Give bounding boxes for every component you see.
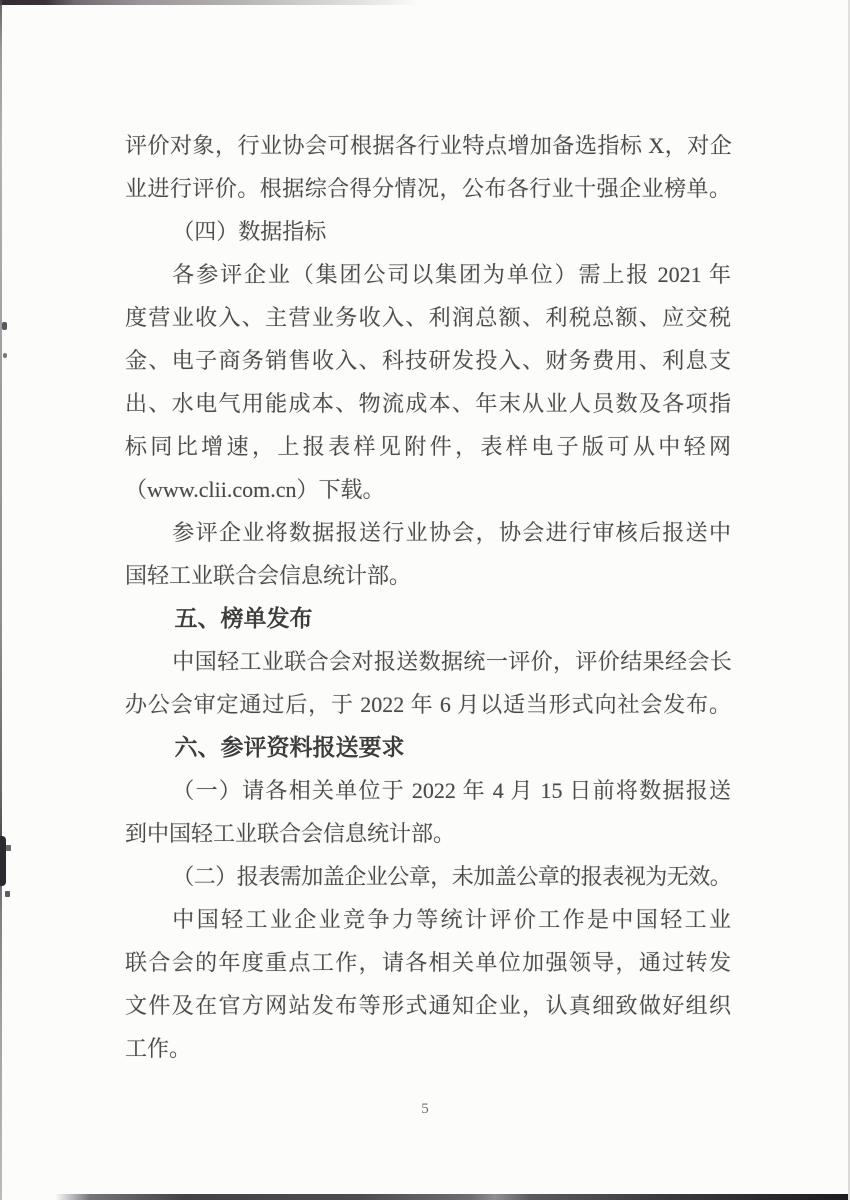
document-line: （二）报表需加盖企业公章，未加盖公章的报表视为无效。 — [125, 855, 731, 898]
scan-artifact-bottom-edge — [55, 1194, 850, 1200]
scan-artifact-left-edge — [0, 0, 2, 1200]
document-line: 联合会的年度重点工作，请各相关单位加强领导，通过转发 — [125, 941, 731, 984]
document-line: 各参评企业（集团公司以集团为单位）需上报 2021 年 — [125, 253, 731, 296]
document-line: 中国轻工业联合会对报送数据统一评价，评价结果经会长 — [125, 640, 731, 683]
scanned-document-page: 评价对象，行业协会可根据各行业特点增加备选指标 X，对企业进行评价。根据综合得分… — [0, 0, 850, 1200]
document-line: 标同比增速，上报表样见附件，表样电子版可从中轻网 — [125, 425, 731, 468]
scan-artifact-mark — [6, 845, 11, 851]
document-line: 业进行评价。根据综合得分情况，公布各行业十强企业榜单。 — [125, 167, 731, 210]
document-line: 出、水电气用能成本、物流成本、年末从业人员数及各项指 — [125, 382, 731, 425]
document-line: （www.clii.com.cn）下载。 — [125, 468, 731, 511]
document-line: 到中国轻工业联合会信息统计部。 — [125, 812, 731, 855]
document-line: 评价对象，行业协会可根据各行业特点增加备选指标 X，对企 — [125, 124, 731, 167]
document-line: 国轻工业联合会信息统计部。 — [125, 554, 731, 597]
document-line: 金、电子商务销售收入、科技研发投入、财务费用、利息支 — [125, 339, 731, 382]
document-line: 文件及在官方网站发布等形式通知企业，认真细致做好组织 — [125, 984, 731, 1027]
document-heading-line: 六、参评资料报送要求 — [125, 726, 731, 769]
document-line: （四）数据指标 — [125, 210, 731, 253]
document-heading-line: 五、榜单发布 — [125, 597, 731, 640]
scan-artifact-mark — [3, 353, 7, 358]
page-number: 5 — [0, 1101, 850, 1118]
document-line: 办公会审定通过后，于 2022 年 6 月以适当形式向社会发布。 — [125, 683, 731, 726]
document-line: （一）请各相关单位于 2022 年 4 月 15 日前将数据报送 — [125, 769, 731, 812]
scan-artifact-mark — [5, 891, 10, 897]
scan-artifact-mark — [2, 322, 7, 330]
text-block: 评价对象，行业协会可根据各行业特点增加备选指标 X，对企业进行评价。根据综合得分… — [125, 124, 731, 1070]
document-line: 度营业收入、主营业务收入、利润总额、利税总额、应交税 — [125, 296, 731, 339]
scan-artifact-top-edge — [0, 0, 420, 5]
document-line: 工作。 — [125, 1027, 731, 1070]
document-line: 中国轻工业企业竞争力等统计评价工作是中国轻工业 — [125, 898, 731, 941]
document-line: 参评企业将数据报送行业协会，协会进行审核后报送中 — [125, 511, 731, 554]
scan-artifact-left-blob — [0, 836, 6, 886]
